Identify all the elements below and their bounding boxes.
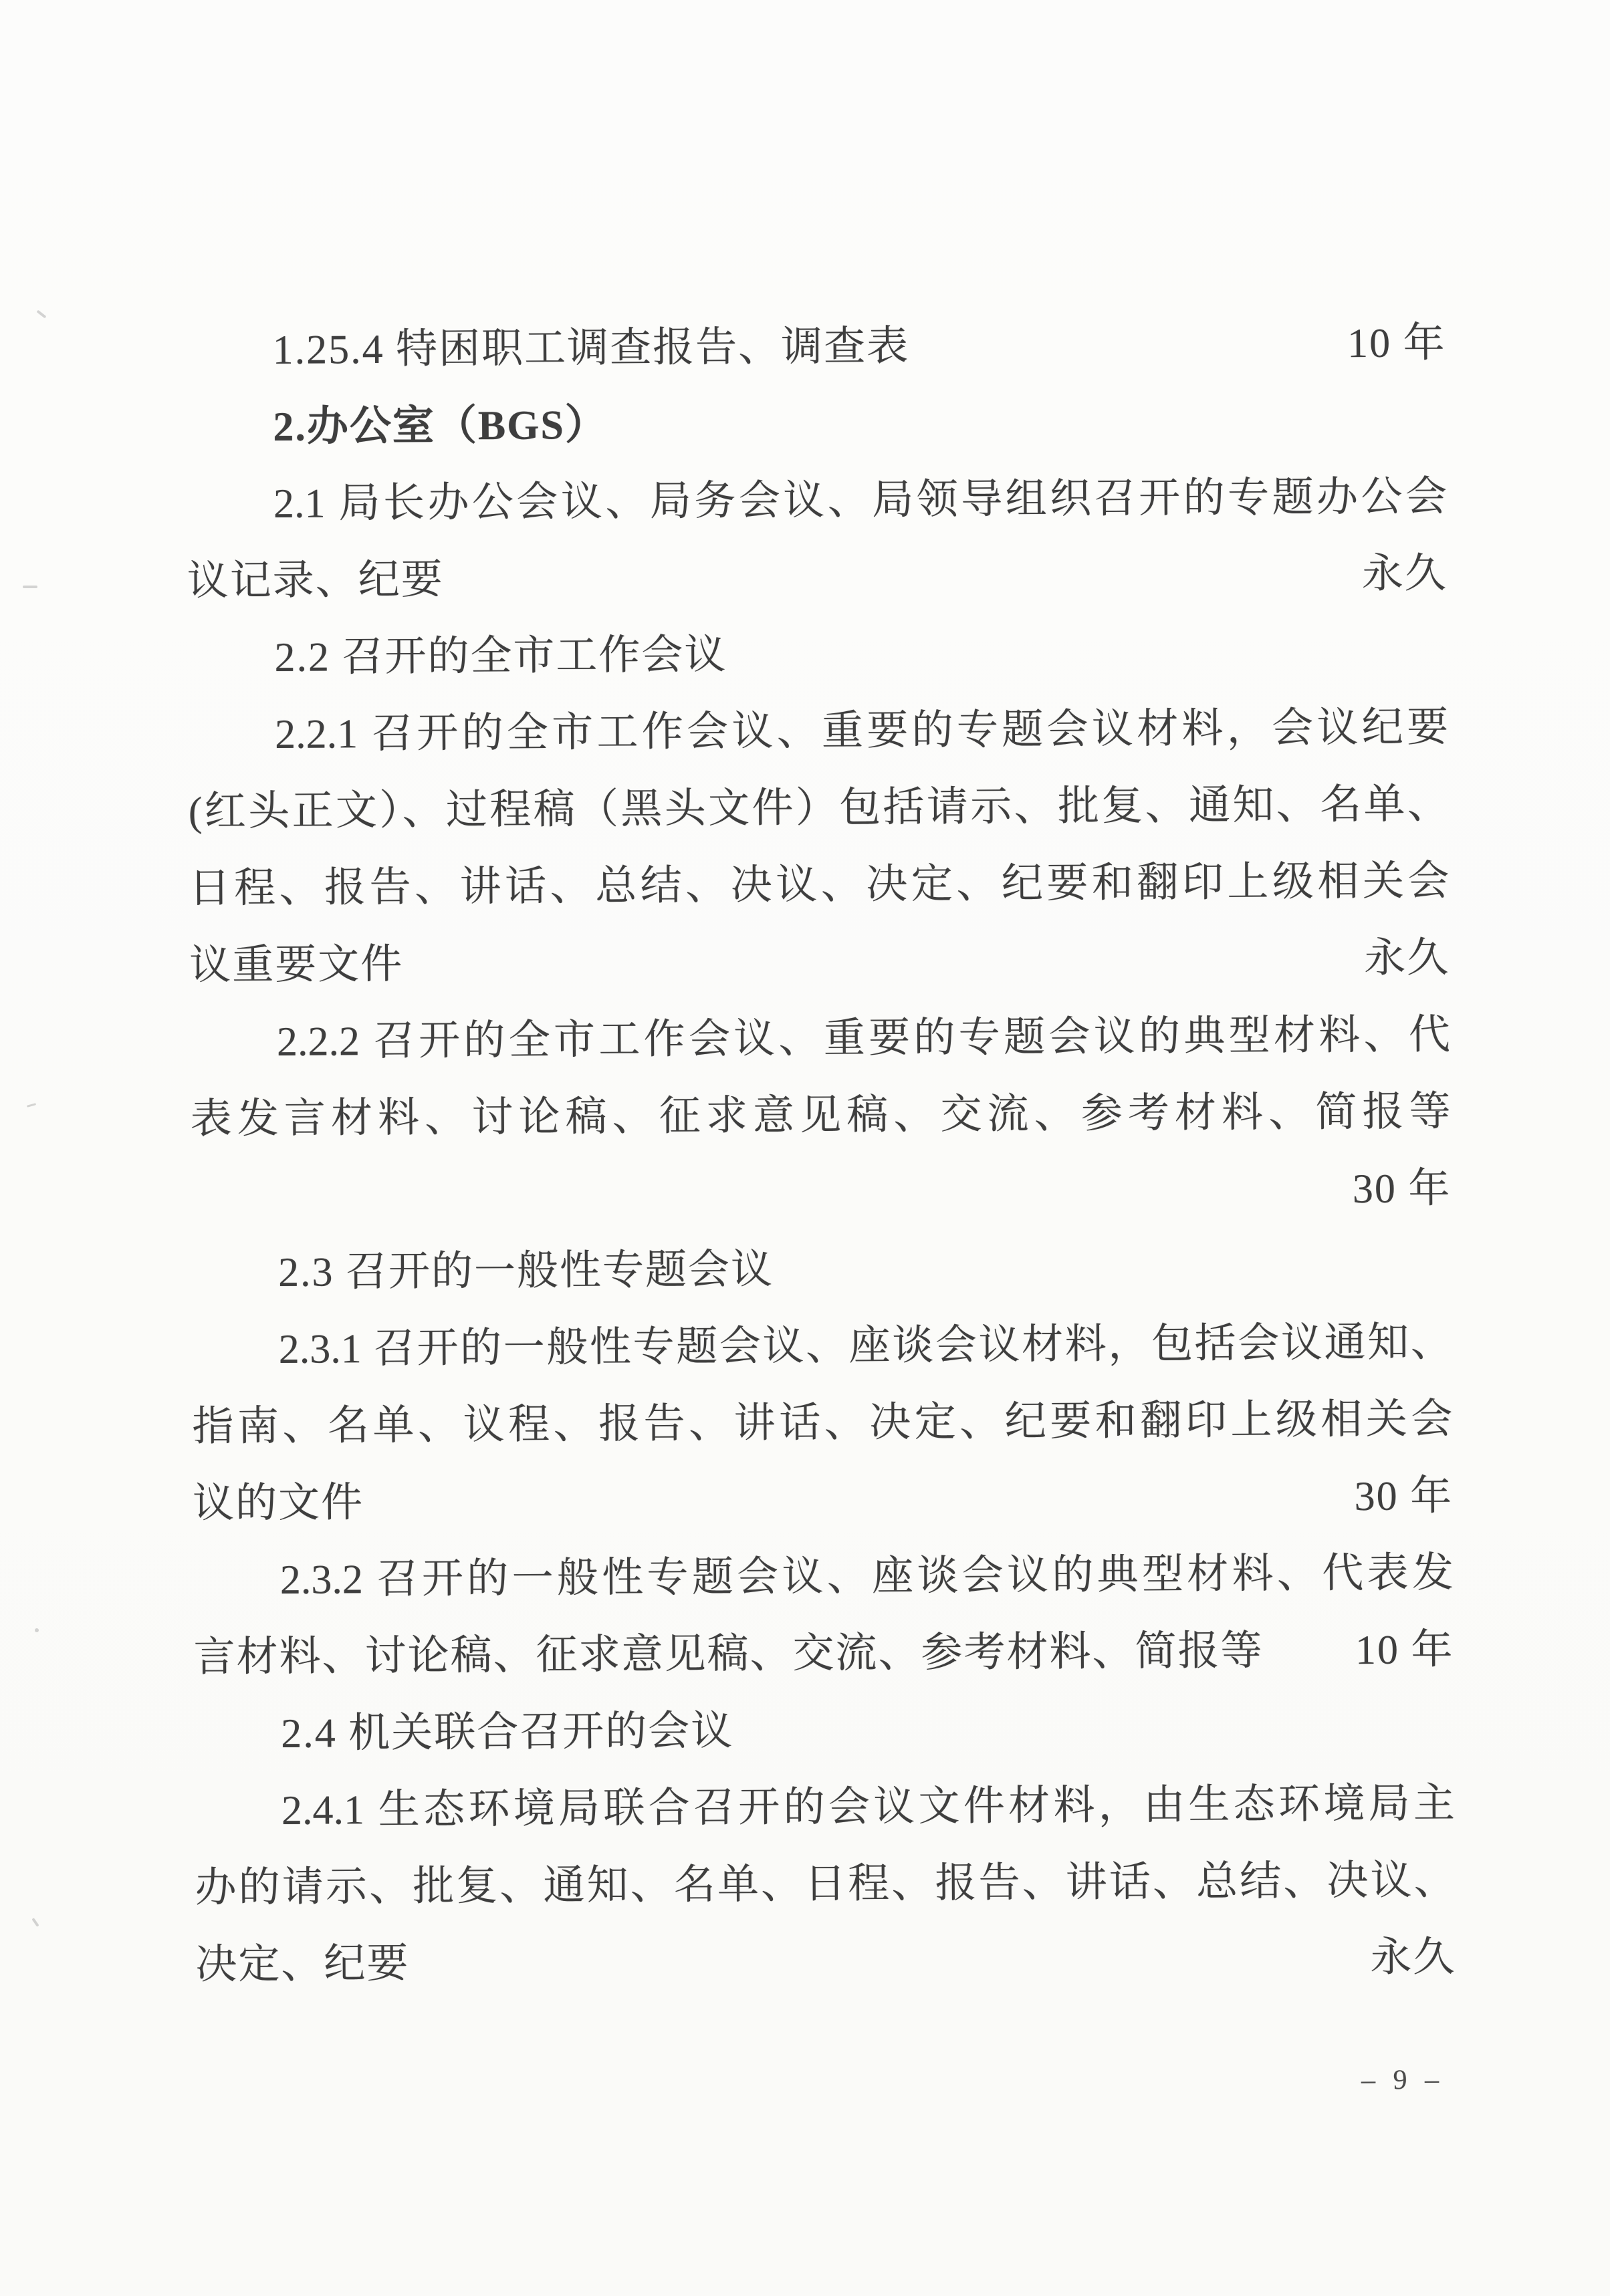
scan-artifact	[31, 1918, 39, 1927]
entry-text: 决定、纪要	[195, 1926, 410, 2004]
heading-2-3: 2.3 召开的一般性专题会议	[191, 1227, 1452, 1312]
entry-text: 办的请示、批复、通知、名单、日程、报告、讲话、总结、决议、	[195, 1858, 1455, 1911]
entry-2-3-2-line-1: 2.3.2 召开的一般性专题会议、座谈会议的典型材料、代表发	[193, 1535, 1454, 1620]
entry-2-2-1-line-2: (红头正文）、过程稿（黑头文件）包括请示、批复、通知、名单、	[189, 766, 1450, 851]
entry-2-2-1-line-3: 日程、报告、讲话、总结、决议、决定、纪要和翻印上级相关会	[189, 843, 1450, 928]
retention-period: 10 年	[1355, 1612, 1454, 1689]
page-number: – 9 –	[1361, 2064, 1444, 2097]
retention-period: 30 年	[1352, 1150, 1451, 1228]
retention-period: 永久	[1364, 920, 1450, 997]
entry-2-4-1-line-2: 办的请示、批复、通知、名单、日程、报告、讲话、总结、决议、	[195, 1842, 1456, 1927]
retention-period: 永久	[1370, 1919, 1456, 1997]
heading-text: 2.4 机关联合召开的会议	[281, 1708, 733, 1757]
heading-2-4: 2.4 机关联合召开的会议	[194, 1688, 1455, 1773]
entry-2-2-2-line-2: 表发言材料、讨论稿、征求意见稿、交流、参考材料、简报等	[190, 1073, 1451, 1158]
entry-text: 2.1 局长办公会议、局务会议、局领导组织召开的专题办公会	[273, 474, 1447, 527]
entry-text: 1.25.4 特困职工调查报告、调查表	[185, 308, 909, 390]
scan-artifact	[27, 1103, 36, 1108]
entry-2-3-1-line-3: 议的文件 30 年	[193, 1458, 1454, 1543]
entry-2-3-1-line-1: 2.3.1 召开的一般性专题会议、座谈会议材料，包括会议通知、	[191, 1304, 1452, 1389]
retention-period: 永久	[1361, 535, 1448, 613]
entry-text: 议的文件	[193, 1464, 364, 1543]
entry-text: 2.4.1 生态环境局联合召开的会议文件材料，由生态环境局主	[281, 1781, 1455, 1833]
entry-2-3-2-line-2: 言材料、讨论稿、征求意见稿、交流、参考材料、简报等 10 年	[193, 1612, 1454, 1696]
entry-2-3-1-line-2: 指南、名单、议程、报告、讲话、决定、纪要和翻印上级相关会	[192, 1381, 1453, 1466]
entry-text: 2.3.2 召开的一般性专题会议、座谈会议的典型材料、代表发	[280, 1550, 1454, 1603]
retention-period: 10 年	[1347, 305, 1446, 382]
entry-text: (红头正文）、过程稿（黑头文件）包括请示、批复、通知、名单、	[189, 781, 1449, 835]
heading-2-2: 2.2 召开的全市工作会议	[187, 612, 1448, 697]
entry-1-25-4: 1.25.4 特困职工调查报告、调查表 10 年	[185, 305, 1446, 390]
entry-2-2-1-line-1: 2.2.1 召开的全市工作会议、重要的专题会议材料，会议纪要	[188, 689, 1449, 774]
scan-artifact	[36, 309, 46, 318]
entry-text: 议记录、纪要	[187, 541, 444, 620]
entry-text: 表发言材料、讨论稿、征求意见稿、交流、参考材料、简报等	[190, 1089, 1450, 1142]
scan-artifact	[23, 586, 37, 588]
entry-text	[191, 1158, 191, 1235]
entry-2-1-line-1: 2.1 局长办公会议、局务会议、局领导组织召开的专题办公会	[187, 459, 1448, 543]
entry-2-2-2-period-line: 30 年	[191, 1150, 1452, 1235]
entry-2-2-1-line-4: 议重要文件 永久	[189, 920, 1450, 1005]
entry-2-4-1-line-3: 决定、纪要 永久	[195, 1919, 1456, 2004]
entry-text: 2.2.2 召开的全市工作会议、重要的专题会议的典型材料、代	[277, 1012, 1450, 1065]
scan-artifact	[35, 1628, 39, 1632]
entry-2-4-1-line-1: 2.4.1 生态环境局联合召开的会议文件材料，由生态环境局主	[195, 1765, 1456, 1850]
heading-text: 2.2 召开的全市工作会议	[274, 632, 727, 680]
heading-text: 2.办公室（BGS）	[273, 402, 608, 450]
entry-2-2-2-line-1: 2.2.2 召开的全市工作会议、重要的专题会议的典型材料、代	[190, 997, 1451, 1081]
scanned-document-page: 1.25.4 特困职工调查报告、调查表 10 年 2.办公室（BGS） 2.1 …	[0, 0, 1610, 2296]
heading-text: 2.3 召开的一般性专题会议	[278, 1247, 774, 1295]
entry-text: 2.2.1 召开的全市工作会议、重要的专题会议材料，会议纪要	[275, 705, 1448, 757]
entry-text: 2.3.1 召开的一般性专题会议、座谈会议材料，包括会议通知、	[279, 1319, 1452, 1372]
entry-text: 议重要文件	[189, 926, 404, 1005]
retention-period: 30 年	[1354, 1458, 1453, 1535]
document-body: 1.25.4 特困职工调查报告、调查表 10 年 2.办公室（BGS） 2.1 …	[185, 305, 1456, 2003]
entry-2-1-line-2: 议记录、纪要 永久	[187, 535, 1448, 620]
entry-text: 日程、报告、讲话、总结、决议、决定、纪要和翻印上级相关会	[189, 858, 1449, 912]
entry-text: 言材料、讨论稿、征求意见稿、交流、参考材料、简报等	[193, 1613, 1264, 1696]
heading-office-bgs: 2.办公室（BGS）	[186, 382, 1447, 467]
entry-text: 指南、名单、议程、报告、讲话、决定、纪要和翻印上级相关会	[192, 1396, 1452, 1450]
